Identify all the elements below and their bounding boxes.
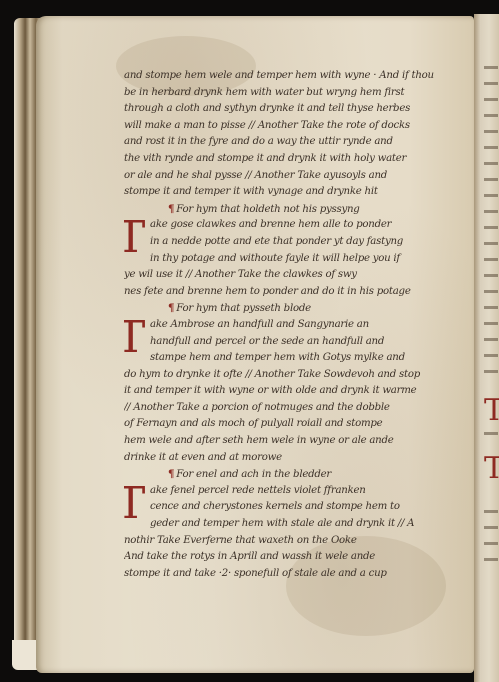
text-line: And take the rotys in Aprill and wassh i… bbox=[124, 549, 464, 566]
text-line: do hym to drynke it ofte // Another Take… bbox=[124, 367, 464, 384]
section-paragraph: T ake gose clawkes and brenne hem alle t… bbox=[124, 217, 464, 300]
text-line: will make a man to pisse // Another Take… bbox=[124, 118, 464, 135]
recto-text bbox=[484, 98, 498, 101]
recto-text bbox=[484, 242, 498, 245]
rubric-text: For hym that holdeth not his pyssyng bbox=[176, 204, 359, 215]
text-line: handfull and percel or the sede an handf… bbox=[124, 334, 464, 351]
text-line: be in herbard drynk hem with water but w… bbox=[124, 85, 464, 102]
recto-text bbox=[484, 510, 498, 513]
text-line: // Another Take a porcion of notmuges an… bbox=[124, 400, 464, 417]
text-line: in thy potage and withoute fayle it will… bbox=[124, 251, 464, 268]
recto-text bbox=[484, 290, 498, 293]
recto-text bbox=[484, 114, 498, 117]
recto-text bbox=[484, 146, 498, 149]
text-line: hem wele and after seth hem wele in wyne… bbox=[124, 433, 464, 450]
text-line: or ale and he shal pysse // Another Take… bbox=[124, 168, 464, 185]
recto-text bbox=[484, 354, 498, 357]
text-line: nes fete and brenne hem to ponder and do… bbox=[124, 284, 464, 301]
manuscript-photo: T T and stompe hem wele and temper hem w… bbox=[0, 0, 499, 682]
recto-page-edge: T T bbox=[474, 14, 499, 682]
recto-initial: T bbox=[484, 396, 499, 426]
pilcrow-mark: ¶ bbox=[168, 302, 174, 314]
text-line: in a nedde potte and ete that ponder yt … bbox=[124, 234, 464, 251]
text-line: stompe it and temper it with vynage and … bbox=[124, 184, 464, 201]
recto-text bbox=[484, 130, 498, 133]
recto-text bbox=[484, 178, 498, 181]
text-line: and stompe hem wele and temper hem with … bbox=[124, 68, 464, 85]
manuscript-text: and stompe hem wele and temper hem with … bbox=[124, 68, 464, 582]
recto-text bbox=[484, 194, 498, 197]
recto-text bbox=[484, 274, 498, 277]
recto-text bbox=[484, 526, 498, 529]
text-line: stampe hem and temper hem with Gotys myl… bbox=[124, 350, 464, 367]
recto-text bbox=[484, 66, 498, 69]
recto-text bbox=[484, 322, 498, 325]
section-rubric: ¶For hym that pysseth blode bbox=[124, 300, 464, 317]
pilcrow-mark: ¶ bbox=[168, 468, 174, 480]
text-line: ake gose clawkes and brenne hem alle to … bbox=[124, 217, 464, 234]
text-line: of Fernayn and als moch of pulyall roial… bbox=[124, 416, 464, 433]
rubric-text: For hym that pysseth blode bbox=[176, 303, 311, 314]
text-line: geder and temper hem with stale ale and … bbox=[124, 516, 464, 533]
text-line: the vith rynde and stompe it and drynk i… bbox=[124, 151, 464, 168]
recto-text bbox=[484, 370, 498, 373]
section-paragraph: T ake fenel percel rede nettels violet f… bbox=[124, 483, 464, 583]
text-line: stompe it and take ·2· sponefull of stal… bbox=[124, 566, 464, 583]
recto-text bbox=[484, 210, 498, 213]
section-rubric: ¶For enel and ach in the bledder bbox=[124, 466, 464, 483]
text-line: ye wil use it // Another Take the clawke… bbox=[124, 267, 464, 284]
text-line: ake fenel percel rede nettels violet ffr… bbox=[124, 483, 464, 500]
recto-text bbox=[484, 258, 498, 261]
rubric-text: For enel and ach in the bledder bbox=[176, 469, 331, 480]
recto-text bbox=[484, 558, 498, 561]
text-line: ake Ambrose an handfull and Sangynarie a… bbox=[124, 317, 464, 334]
recto-text bbox=[484, 432, 498, 435]
text-line: drinke it at even and at morowe bbox=[124, 450, 464, 467]
text-line: cence and cherystones kernels and stompe… bbox=[124, 499, 464, 516]
text-line: it and temper it with wyne or with olde … bbox=[124, 383, 464, 400]
drop-initial: T bbox=[124, 219, 144, 259]
recto-text bbox=[484, 226, 498, 229]
recto-text bbox=[484, 82, 498, 85]
section-rubric: ¶For hym that holdeth not his pyssyng bbox=[124, 201, 464, 218]
text-line: and rost it in the fyre and do a way the… bbox=[124, 134, 464, 151]
text-line: nothir Take Everferne that waxeth on the… bbox=[124, 533, 464, 550]
text-line: through a cloth and sythyn drynke it and… bbox=[124, 101, 464, 118]
drop-initial: T bbox=[124, 485, 144, 525]
recto-text bbox=[484, 162, 498, 165]
recto-text bbox=[484, 338, 498, 341]
recto-text bbox=[484, 306, 498, 309]
section-paragraph: T ake Ambrose an handfull and Sangynarie… bbox=[124, 317, 464, 466]
recto-text bbox=[484, 542, 498, 545]
drop-initial: T bbox=[124, 319, 144, 359]
pilcrow-mark: ¶ bbox=[168, 203, 174, 215]
recto-initial: T bbox=[484, 454, 499, 484]
